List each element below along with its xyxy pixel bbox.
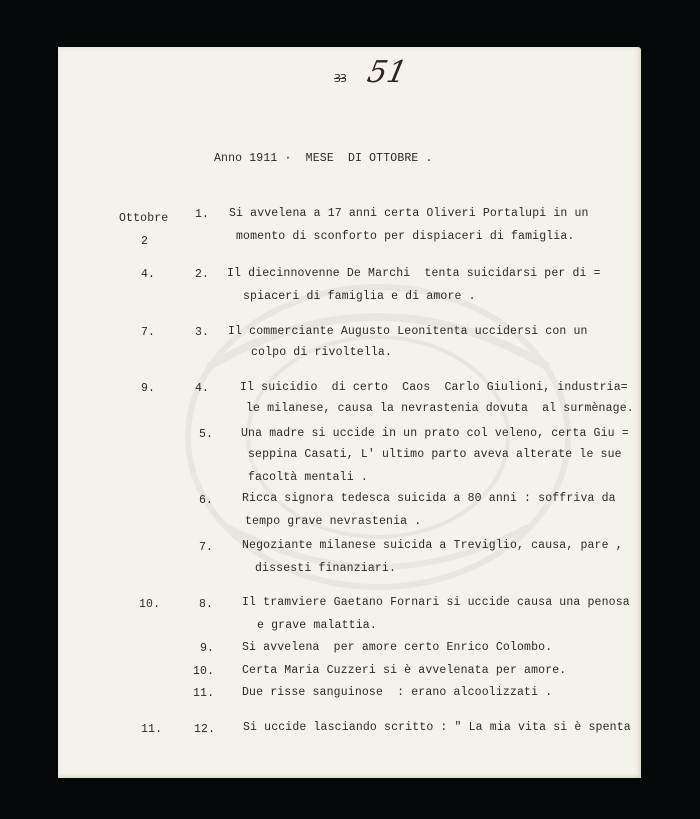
struck-page-number: 33 <box>334 72 346 85</box>
entry-date: 4. <box>141 268 155 282</box>
entry-text-line: Il commerciante Augusto Leonitenta uccid… <box>228 325 588 339</box>
entry-number: 12. <box>194 723 215 737</box>
entry-text-line: dissesti finanziari. <box>255 562 396 576</box>
entry-text-line: Certa Maria Cuzzeri si è avvelenata per … <box>242 664 566 678</box>
entry-text-line: e grave malattia. <box>257 619 377 633</box>
entry-text-line: Si avvelena a 17 anni certa Oliveri Port… <box>229 207 589 221</box>
entry-text-line: Si avvelena per amore certo Enrico Colom… <box>242 641 552 655</box>
entry-text-line: momento di sconforto per dispiaceri di f… <box>236 230 574 244</box>
entry-date: 9. <box>141 382 155 396</box>
entry-number: 8. <box>199 598 213 612</box>
entry-number: 9. <box>200 642 214 656</box>
entry-number: 1. <box>195 208 209 222</box>
entry-text-line: Si uccide lasciando scritto : " La mia v… <box>243 721 631 735</box>
entry-text-line: tempo grave nevrastenia . <box>245 515 421 529</box>
entry-number: 2. <box>195 268 209 282</box>
entry-number: 6. <box>199 494 213 508</box>
entry-text-line: Il tramviere Gaetano Fornari si uccide c… <box>242 596 630 610</box>
entry-text-line: Negoziante milanese suicida a Treviglio,… <box>242 539 623 553</box>
entry-date: 10. <box>139 598 160 612</box>
margin-month-label: Ottobre <box>119 212 168 226</box>
entry-text-line: Ricca signora tedesca suicida a 80 anni … <box>242 492 616 506</box>
entry-number: 5. <box>199 428 213 442</box>
entry-date: 7. <box>141 326 155 340</box>
entry-number: 7. <box>199 541 213 555</box>
entry-text-line: facoltà mentali . <box>248 471 368 485</box>
handwritten-page-number: 51 <box>364 55 410 90</box>
entry-number: 11. <box>193 687 214 701</box>
entry-text-line: Due risse sanguinose : erano alcoolizzat… <box>242 686 552 700</box>
entry-text-line: Il suicidio di certo Caos Carlo Giulioni… <box>240 381 628 395</box>
entry-text-line: le milanese, causa la nevrastenia dovuta… <box>246 402 634 416</box>
entry-date: 11. <box>141 723 162 737</box>
entry-number: 10. <box>193 665 214 679</box>
margin-date: 2 <box>141 235 148 249</box>
entry-text-line: spiaceri di famiglia e di amore . <box>243 290 476 304</box>
entry-text-line: colpo di rivoltella. <box>251 346 392 360</box>
entry-number: 3. <box>195 326 209 340</box>
entry-number: 4. <box>195 382 209 396</box>
entry-text-line: Il diecinnovenne De Marchi tenta suicida… <box>227 267 601 281</box>
entry-text-line: Una madre si uccide in un prato col vele… <box>241 427 629 441</box>
document-header: Anno 1911 · MESE DI OTTOBRE . <box>214 152 433 166</box>
entry-text-line: seppina Casati, L' ultimo parto aveva al… <box>248 448 622 462</box>
